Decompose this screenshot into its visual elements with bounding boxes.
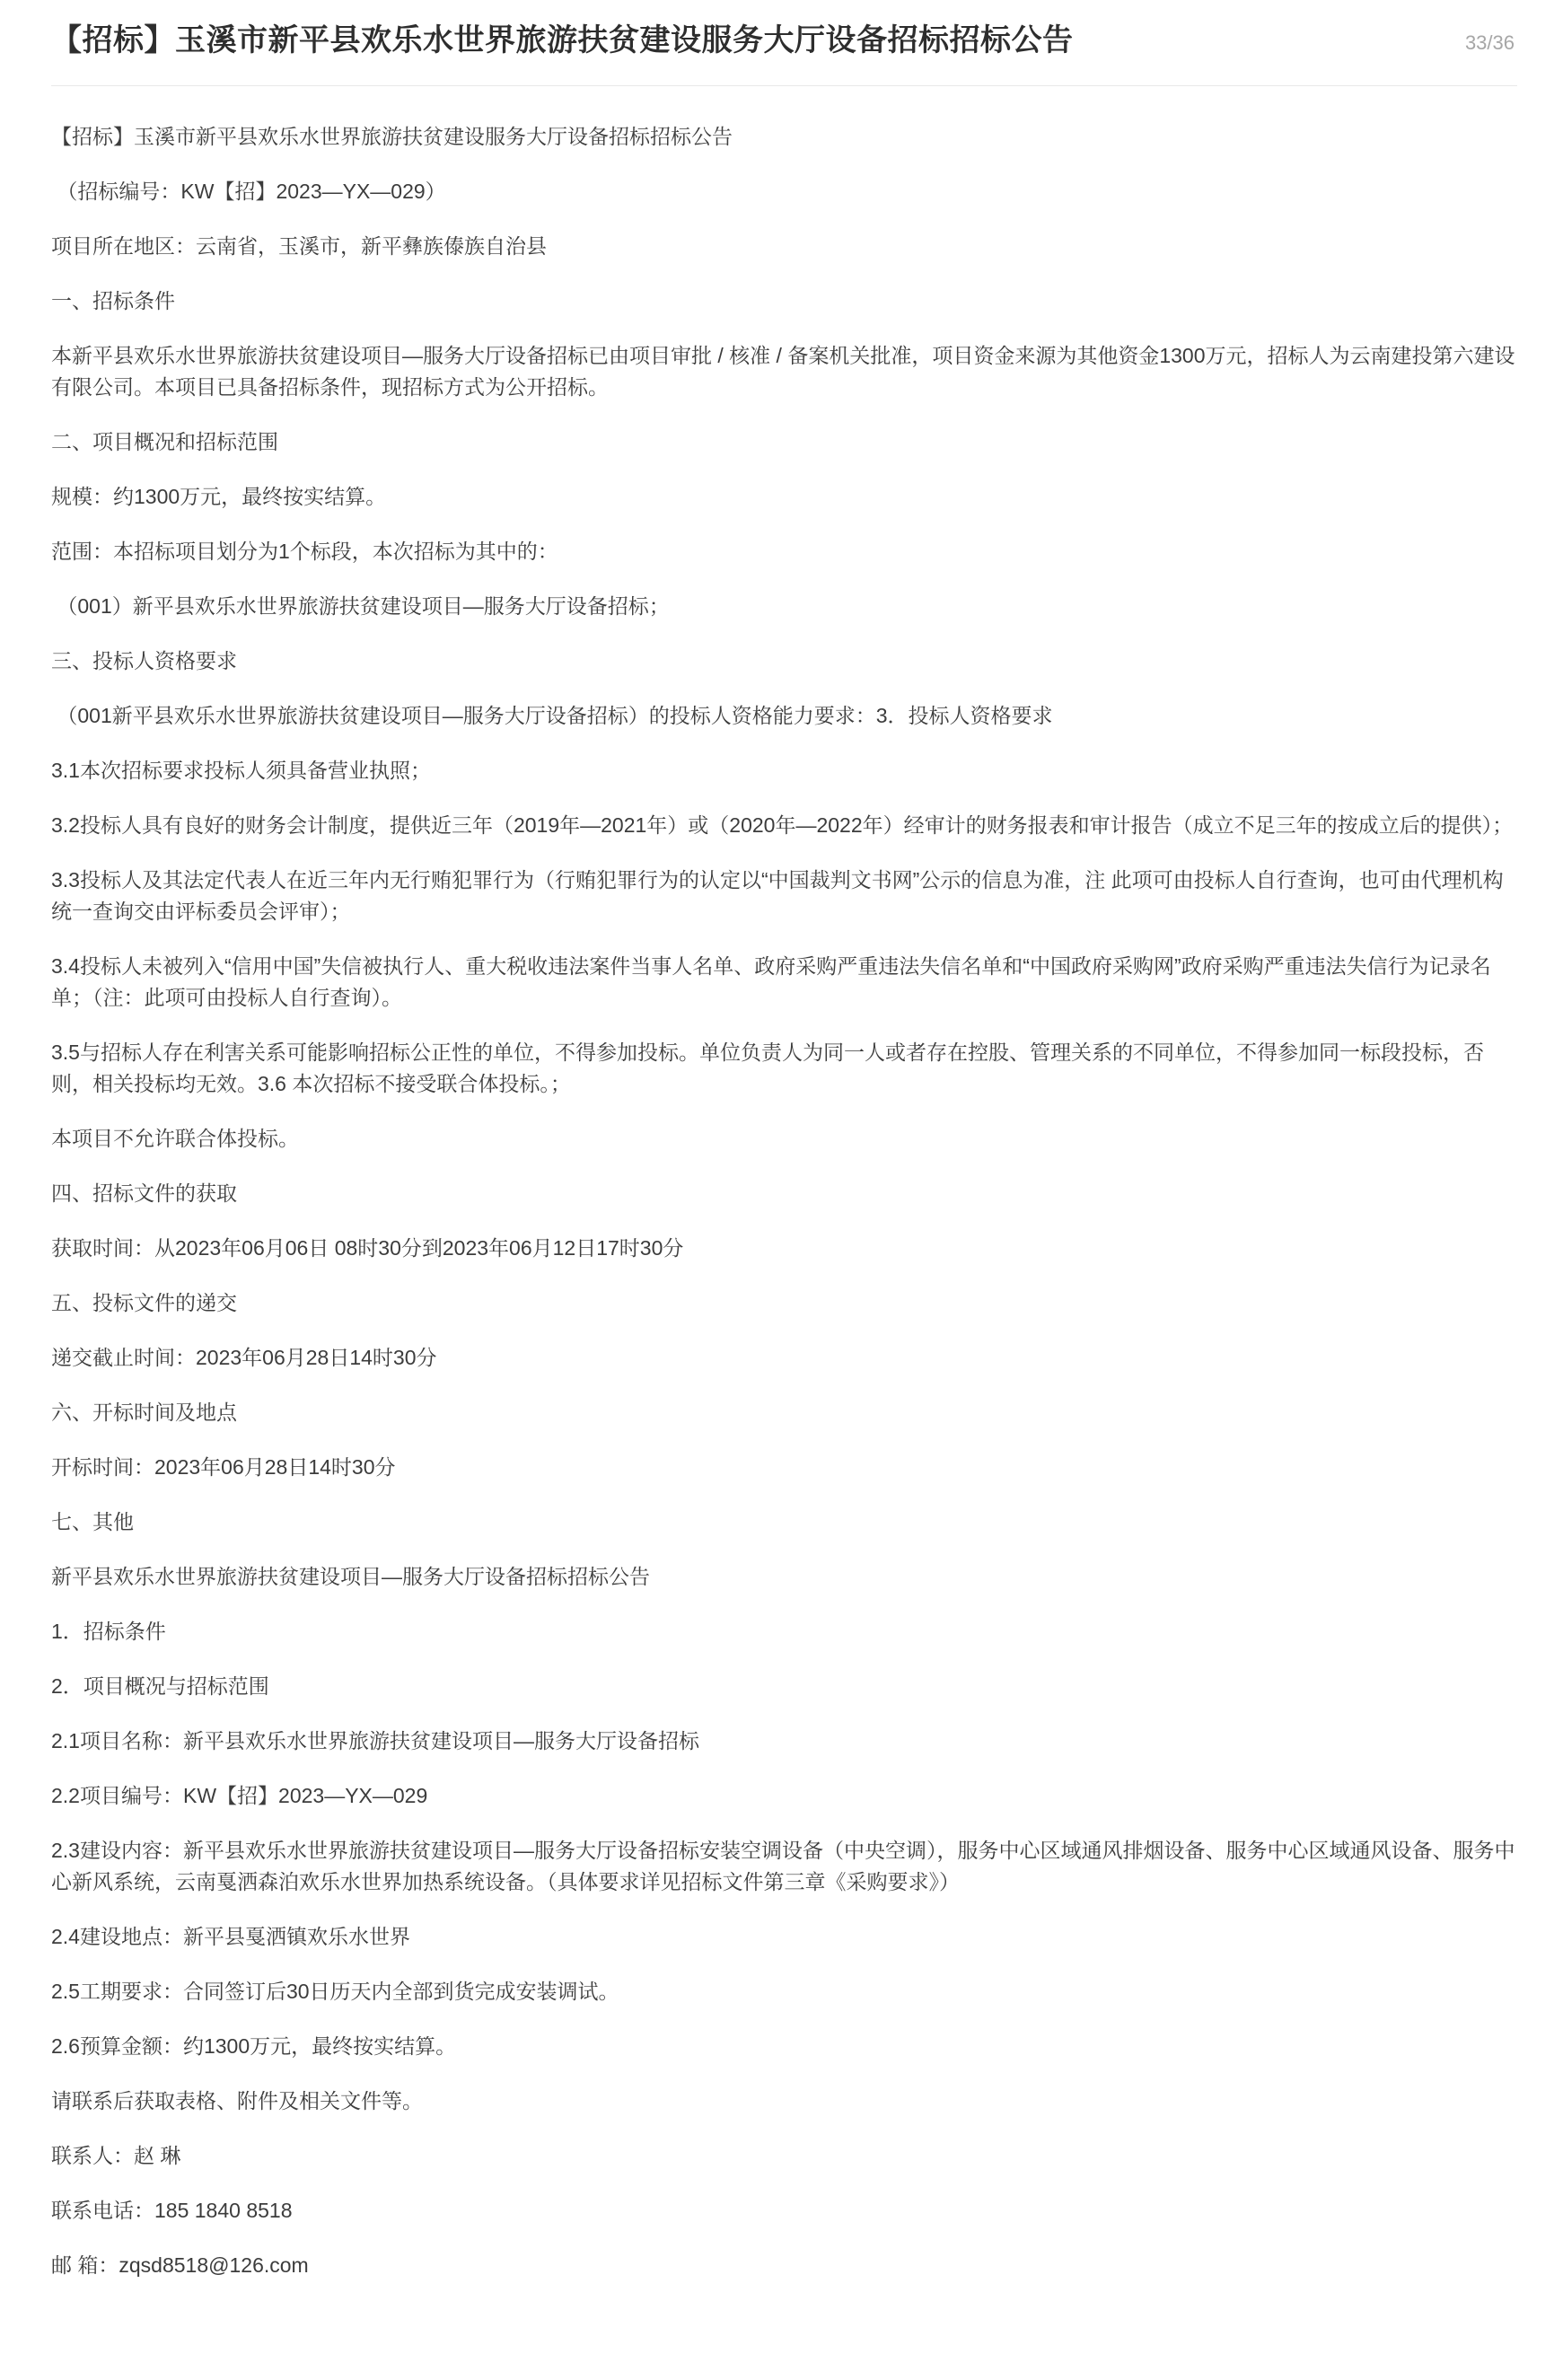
paragraph: 2.6预算金额：约1300万元，最终按实结算。: [51, 2031, 1523, 2062]
paragraph: 本新平县欢乐水世界旅游扶贫建设项目—服务大厅设备招标已由项目审批 / 核准 / …: [51, 340, 1523, 403]
paragraph: 范围：本招标项目划分为1个标段，本次招标为其中的：: [51, 536, 1523, 567]
paragraph: 2.5工期要求：合同签订后30日历天内全部到货完成安装调试。: [51, 1976, 1523, 2007]
paragraph: 开标时间：2023年06月28日14时30分: [51, 1452, 1523, 1483]
paragraph: 六、开标时间及地点: [51, 1397, 1523, 1428]
paragraph: 联系电话：185 1840 8518: [51, 2195, 1523, 2226]
paragraph: 3.1本次招标要求投标人须具备营业执照；: [51, 755, 1523, 786]
paragraph: 2.2项目编号：KW【招】2023—YX—029: [51, 1780, 1523, 1812]
paragraph: 二、项目概况和招标范围: [51, 426, 1523, 458]
document-body: 【招标】玉溪市新平县欢乐水世界旅游扶贫建设服务大厅设备招标招标公告 （招标编号：…: [0, 86, 1563, 2376]
paragraph: 3.5与招标人存在利害关系可能影响招标公正性的单位，不得参加投标。单位负责人为同…: [51, 1037, 1523, 1100]
paragraph: 3.2投标人具有良好的财务会计制度，提供近三年（2019年—2021年）或（20…: [51, 810, 1523, 841]
paragraph: 请联系后获取表格、附件及相关文件等。: [51, 2086, 1523, 2117]
paragraph: 七、其他: [51, 1506, 1523, 1538]
paragraph: 三、投标人资格要求: [51, 645, 1523, 677]
paragraph: （001）新平县欢乐水世界旅游扶贫建设项目—服务大厅设备招标；: [51, 591, 1523, 622]
paragraph: 邮 箱：zqsd8518@126.com: [51, 2250, 1523, 2281]
paragraph: 2.4建设地点：新平县戛洒镇欢乐水世界: [51, 1921, 1523, 1953]
paragraph: 获取时间：从2023年06月06日 08时30分到2023年06月12日17时3…: [51, 1233, 1523, 1264]
page-title: 【招标】玉溪市新平县欢乐水世界旅游扶贫建设服务大厅设备招标招标公告: [51, 21, 1074, 60]
paragraph: 规模：约1300万元，最终按实结算。: [51, 481, 1523, 513]
paragraph: 新平县欢乐水世界旅游扶贫建设项目—服务大厅设备招标招标公告: [51, 1561, 1523, 1593]
page-number-indicator: 33/36: [1465, 21, 1515, 63]
paragraph: 项目所在地区：云南省，玉溪市，新平彝族傣族自治县: [51, 231, 1523, 262]
paragraph: （001新平县欢乐水世界旅游扶贫建设项目—服务大厅设备招标）的投标人资格能力要求…: [51, 700, 1523, 732]
paragraph: 五、投标文件的递交: [51, 1287, 1523, 1319]
announcement-page: 【招标】玉溪市新平县欢乐水世界旅游扶贫建设服务大厅设备招标招标公告 33/36 …: [0, 0, 1563, 2380]
paragraph: 递交截止时间：2023年06月28日14时30分: [51, 1342, 1523, 1374]
paragraph: 3.3投标人及其法定代表人在近三年内无行贿犯罪行为（行贿犯罪行为的认定以“中国裁…: [51, 865, 1523, 927]
paragraph: 本项目不允许联合体投标。: [51, 1123, 1523, 1155]
paragraph: 1．招标条件: [51, 1616, 1523, 1647]
paragraph: 一、招标条件: [51, 285, 1523, 317]
paragraph: 2.3建设内容：新平县欢乐水世界旅游扶贫建设项目—服务大厅设备招标安装空调设备（…: [51, 1835, 1523, 1898]
paragraph: 2．项目概况与招标范围: [51, 1671, 1523, 1702]
paragraph: 联系人：赵 琳: [51, 2140, 1523, 2172]
page-header: 【招标】玉溪市新平县欢乐水世界旅游扶贫建设服务大厅设备招标招标公告 33/36: [0, 0, 1563, 63]
paragraph: 四、招标文件的获取: [51, 1178, 1523, 1209]
paragraph: 3.4投标人未被列入“信用中国”失信被执行人、重大税收违法案件当事人名单、政府采…: [51, 951, 1523, 1014]
paragraph: （招标编号：KW【招】2023—YX—029）: [51, 176, 1523, 207]
paragraph: 2.1项目名称：新平县欢乐水世界旅游扶贫建设项目—服务大厅设备招标: [51, 1726, 1523, 1757]
paragraph: 【招标】玉溪市新平县欢乐水世界旅游扶贫建设服务大厅设备招标招标公告: [51, 121, 1523, 153]
